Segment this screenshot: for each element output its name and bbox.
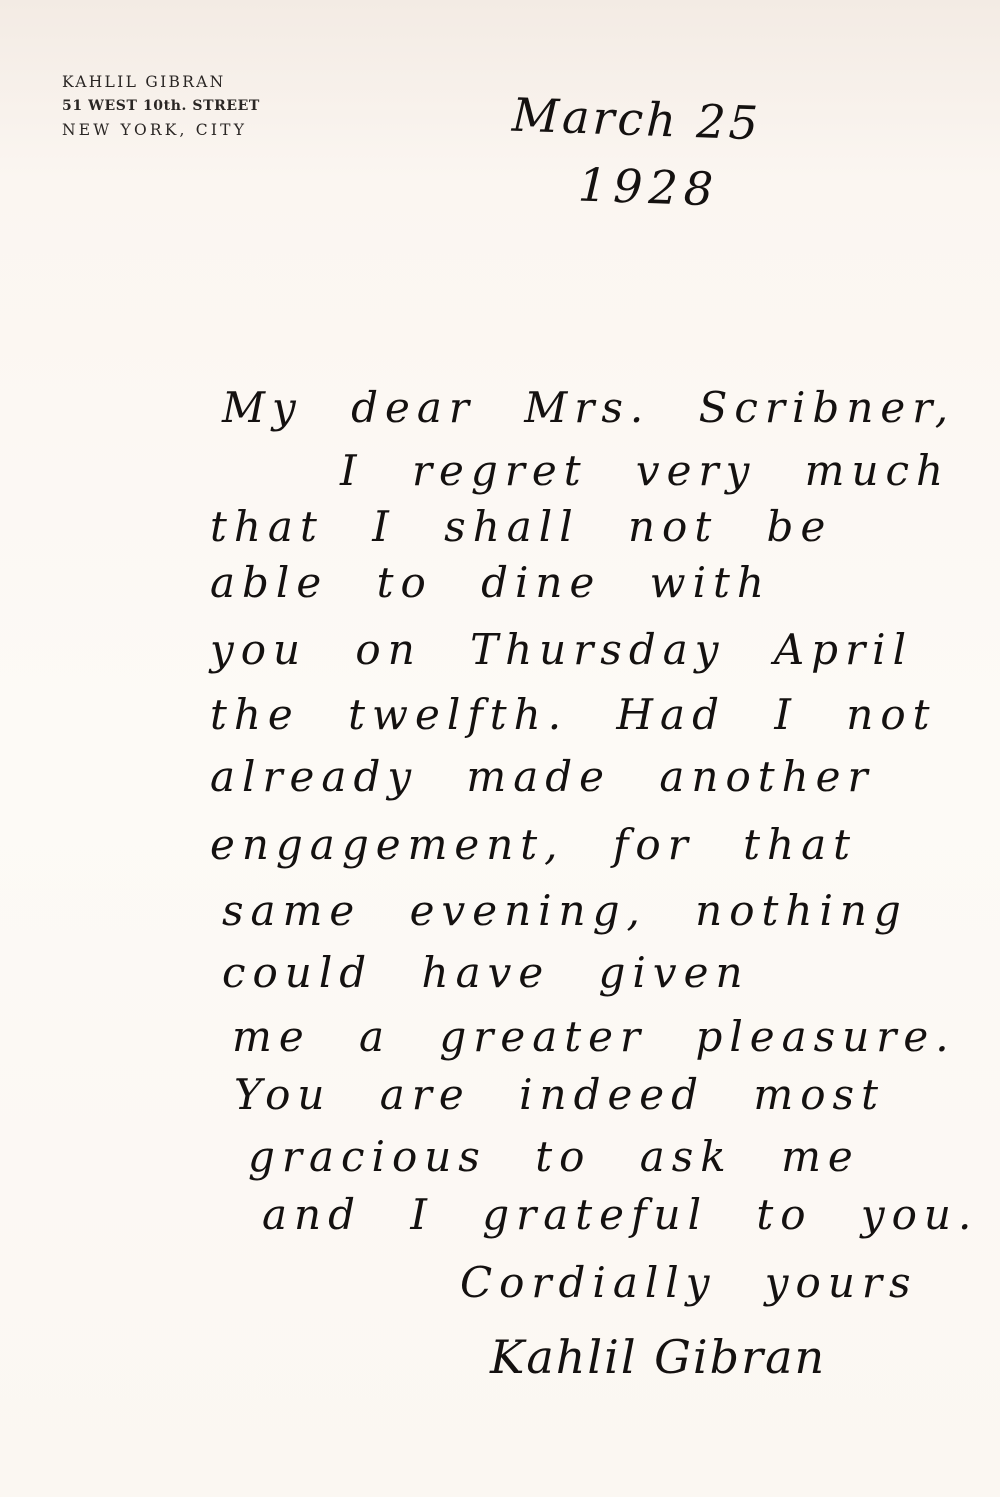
letter-line: you on Thursday April [210, 625, 913, 674]
letter-line: could have given [222, 948, 750, 997]
letter-line: engagement, for that [210, 820, 857, 869]
salutation: My dear Mrs. Scribner, [222, 383, 955, 432]
letter-line: I regret very much [340, 446, 950, 495]
letter-line: gracious to ask me [248, 1132, 860, 1181]
letterhead-city: NEW YORK, CITY [62, 118, 260, 142]
date-year: 1928 [577, 158, 720, 217]
signature: Kahlil Gibran [490, 1330, 826, 1384]
closing: Cordially yours [460, 1258, 918, 1307]
letter-page: KAHLIL GIBRAN 51 WEST 10th. STREET NEW Y… [0, 0, 1000, 1497]
letter-line: that I shall not be [210, 502, 832, 551]
letter-line: same evening, nothing [222, 886, 908, 935]
letter-line: the twelfth. Had I not [210, 690, 936, 739]
letterhead: KAHLIL GIBRAN 51 WEST 10th. STREET NEW Y… [62, 70, 260, 142]
letterhead-name: KAHLIL GIBRAN [62, 70, 260, 94]
letter-line: already made another [210, 752, 875, 801]
letter-line: and I grateful to you. [262, 1190, 978, 1239]
date-month-day: March 25 [511, 88, 762, 151]
letter-line: You are indeed most [234, 1070, 885, 1119]
letterhead-street: 51 WEST 10th. STREET [62, 94, 260, 118]
letter-line: able to dine with [210, 558, 771, 607]
letter-line: me a greater pleasure. [232, 1012, 956, 1061]
